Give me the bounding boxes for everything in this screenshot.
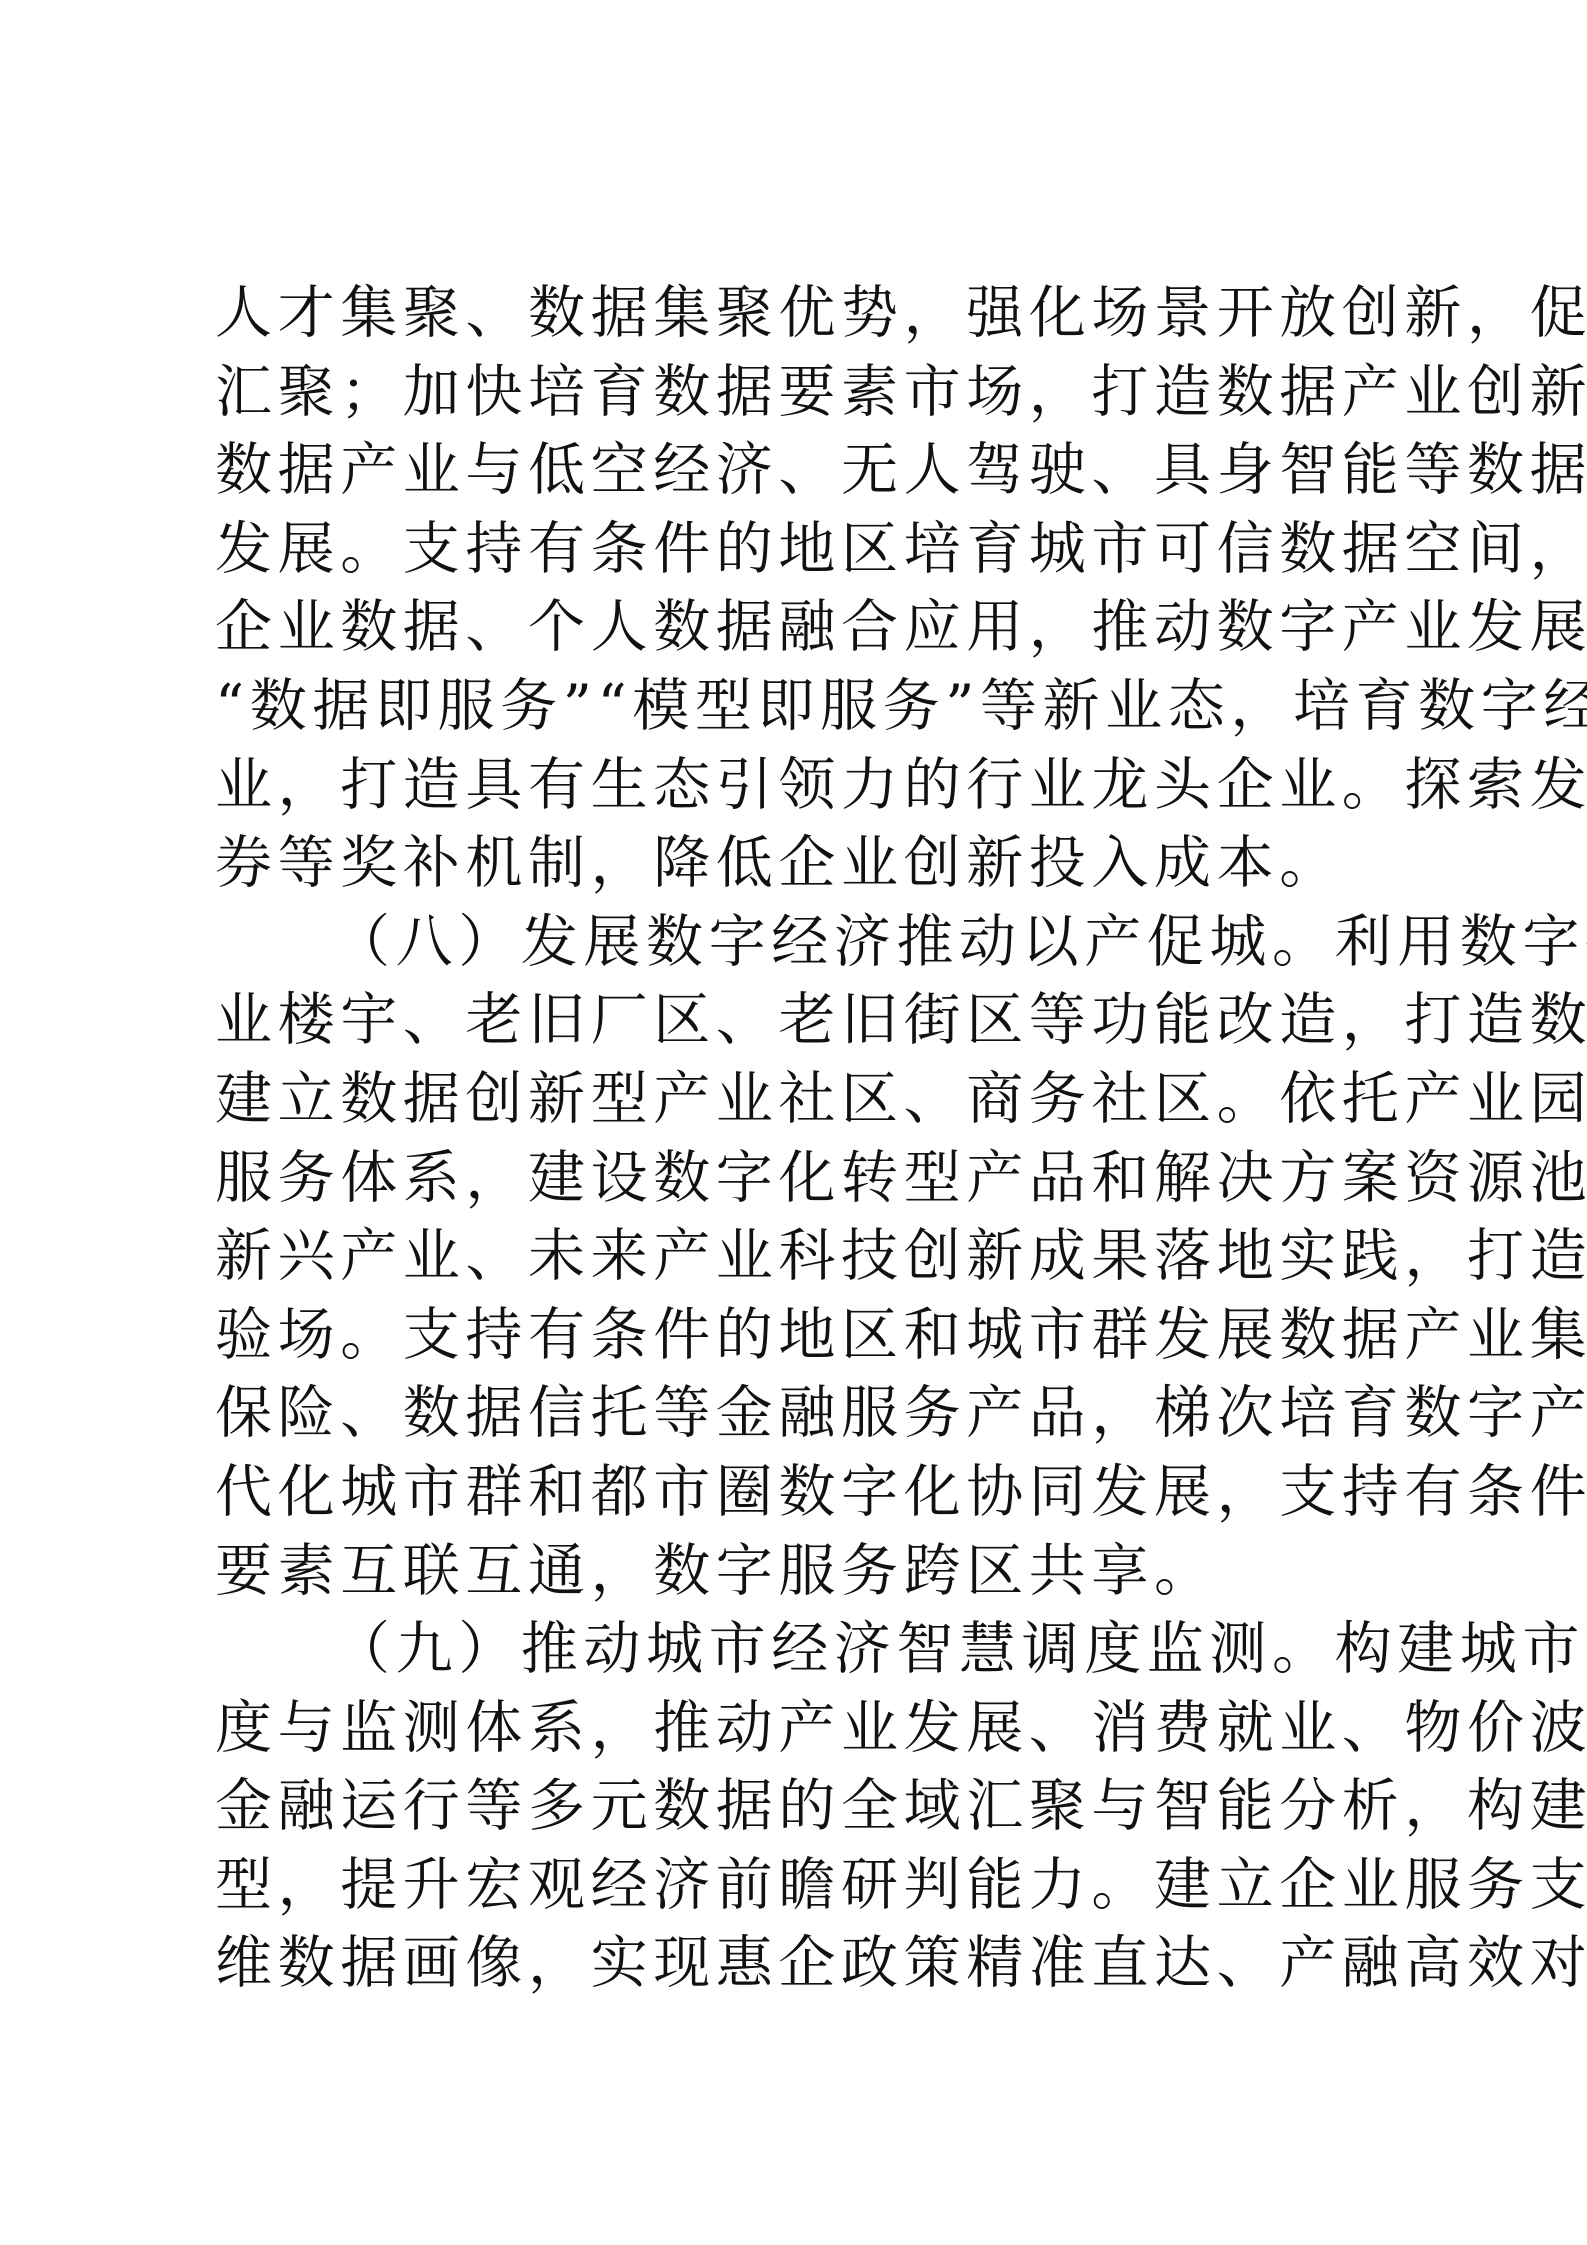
- text-line: 验场。支持有条件的地区和城市群发展数据产业集聚区，探索数据: [215, 1305, 1355, 1384]
- section-body-start: 利用数字技术推动闲置商: [1335, 909, 1587, 975]
- text-line: 度与监测体系，推动产业发展、消费就业、物价波动、项目投资、: [215, 1698, 1355, 1777]
- text-line: 人才集聚、数据集聚优势，强化场景开放创新，促进城市数据资源: [215, 283, 1355, 362]
- text-line: 券等奖补机制，降低企业创新投入成本。: [215, 833, 1355, 912]
- text-line: 新兴产业、未来产业科技创新成果落地实践，打造城市首试首用体: [215, 1226, 1355, 1305]
- section-heading-9: （九）推动城市经济智慧调度监测。: [333, 1616, 1335, 1682]
- paragraph-section-8: （八）发展数字经济推动以产促城。利用数字技术推动闲置商 业楼宇、老旧厂区、老旧街…: [215, 912, 1355, 1619]
- text-line: 保险、数据信托等金融服务产品，梯次培育数字产业集群。加强现: [215, 1383, 1355, 1462]
- paragraph-continuation: 人才集聚、数据集聚优势，强化场景开放创新，促进城市数据资源 汇聚；加快培育数据要…: [215, 283, 1355, 912]
- text-line: 代化城市群和都市圈数字化协同发展，支持有条件的地区推动数据: [215, 1462, 1355, 1541]
- section-heading-8: （八）发展数字经济推动以产促城。: [333, 909, 1335, 975]
- text-line: 数据产业与低空经济、无人驾驶、具身智能等数据密集型产业融合: [215, 440, 1355, 519]
- section-first-line: （九）推动城市经济智慧调度监测。构建城市经济运行协同调: [215, 1619, 1355, 1698]
- text-line: 业楼宇、老旧厂区、老旧街区等功能改造，打造数据创新创业载体，: [215, 990, 1355, 1069]
- section-body-start: 构建城市经济运行协同调: [1335, 1616, 1587, 1682]
- text-line: 要素互联互通，数字服务跨区共享。: [215, 1541, 1355, 1620]
- paragraph-section-9: （九）推动城市经济智慧调度监测。构建城市经济运行协同调 度与监测体系，推动产业发…: [215, 1619, 1355, 2012]
- text-line: “数据即服务”“模型即服务”等新业态，培育数字经济创新型企: [215, 676, 1355, 755]
- text-line: 企业数据、个人数据融合应用，推动数字产业发展。因地制宜发展: [215, 597, 1355, 676]
- text-line: 汇聚；加快培育数据要素市场，打造数据产业创新发展高地，推进: [215, 362, 1355, 441]
- text-line: 维数据画像，实现惠企政策精准直达、产融高效对接。支持有条件: [215, 1933, 1355, 2012]
- text-line: 发展。支持有条件的地区培育城市可信数据空间，推动公共数据、: [215, 519, 1355, 598]
- document-page: 人才集聚、数据集聚优势，强化场景开放创新，促进城市数据资源 汇聚；加快培育数据要…: [215, 283, 1355, 2012]
- section-first-line: （八）发展数字经济推动以产促城。利用数字技术推动闲置商: [215, 912, 1355, 991]
- text-line: 型，提升宏观经济前瞻研判能力。建立企业服务支撑体系，利用多: [215, 1855, 1355, 1934]
- text-line: 金融运行等多元数据的全域汇聚与智能分析，构建经济监测预警模: [215, 1776, 1355, 1855]
- text-line: 服务体系，建设数字化转型产品和解决方案资源池，推动传统产业、: [215, 1148, 1355, 1227]
- text-line: 业，打造具有生态引领力的行业龙头企业。探索发放数据券、模型: [215, 755, 1355, 834]
- text-line: 建立数据创新型产业社区、商务社区。依托产业园区构建数字公共: [215, 1069, 1355, 1148]
